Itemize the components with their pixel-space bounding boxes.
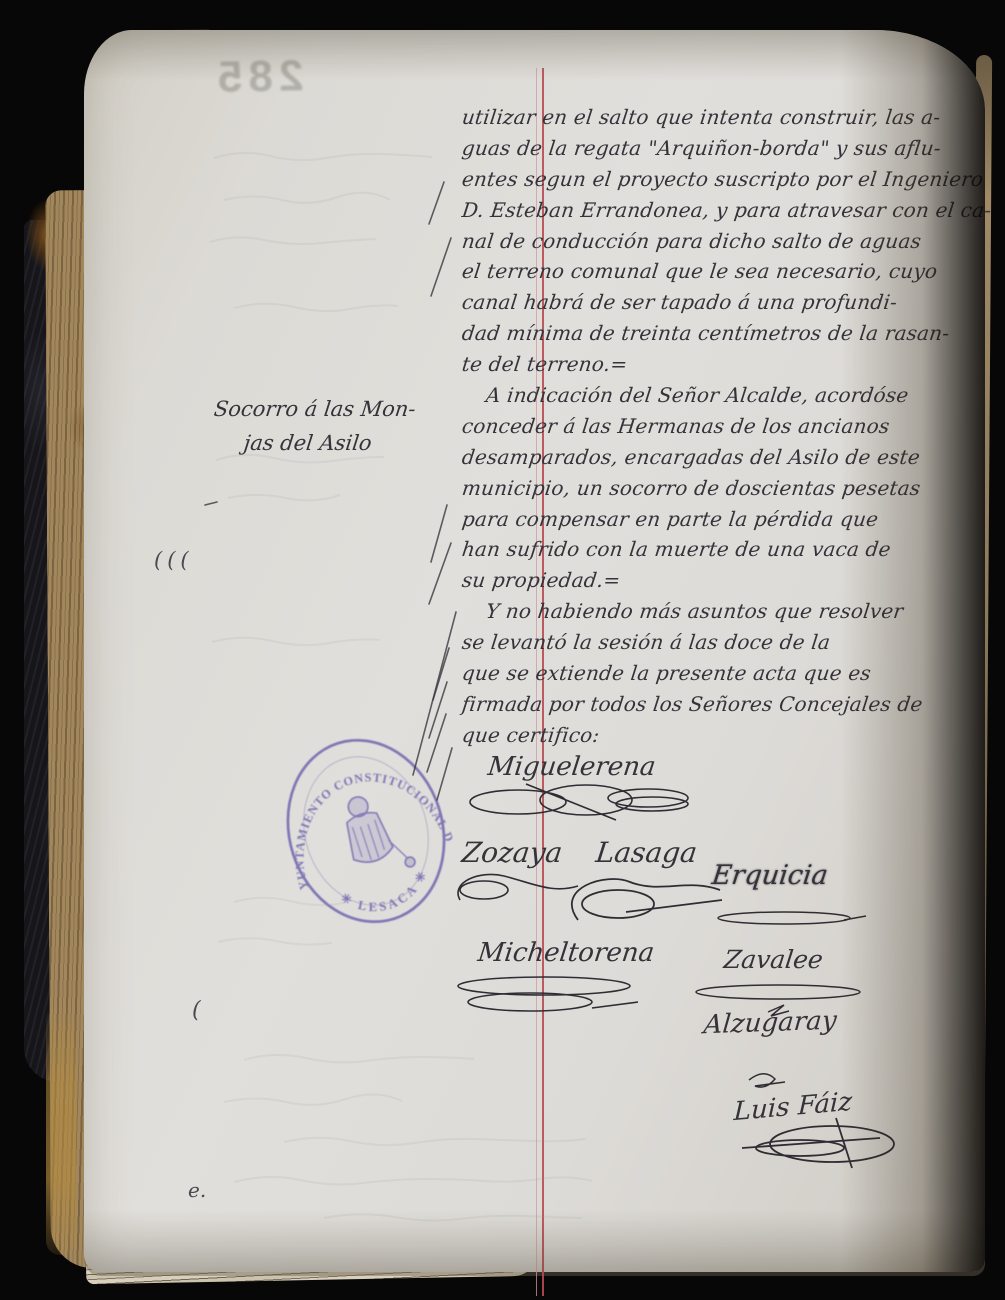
body-line: nal de conducción para dicho salto de ag… <box>460 226 978 257</box>
stray-mark-paren: ( <box>192 998 201 1023</box>
body-line: para compensar en parte la pérdida que <box>460 504 978 535</box>
book-photo: 285 <box>0 0 1005 1300</box>
margin-note-line2: jas del Asilo <box>208 426 414 460</box>
body-line: se levantó la sesión á las doce de la <box>460 627 978 658</box>
rubric-erquicia <box>714 906 869 932</box>
signature-miguelerena: Miguelerena <box>486 752 657 782</box>
bleed-page-number: 285 <box>212 51 304 103</box>
body-line: Y no habiendo más asuntos que resolver <box>460 596 978 627</box>
manuscript-page: 285 <box>84 30 985 1272</box>
body-line: D. Esteban Errandonea, y para atravesar … <box>460 195 978 226</box>
stray-mark-parens: ((( <box>154 548 194 572</box>
margin-note-line1: Socorro á las Mon- <box>213 397 417 421</box>
body-line: municipio, un socorro de doscientas pese… <box>460 473 978 504</box>
body-line: desamparados, encargadas del Asilo de es… <box>460 442 978 473</box>
body-line: firmada por todos los Señores Concejales… <box>460 689 978 720</box>
body-line: canal habrá de ser tapado á una profundi… <box>460 287 978 318</box>
fore-edge-stain <box>46 1005 76 1255</box>
body-line: que se extiende la presente acta que es <box>460 658 978 689</box>
body-line: dad mínima de treinta centímetros de la … <box>460 318 978 349</box>
signature-erquicia: Erquicia <box>710 860 830 891</box>
signature-alzugaray: Alzugaray <box>702 1006 837 1041</box>
signature-zavalee: Zavalee <box>722 945 824 974</box>
rubric-miguelerena <box>466 780 696 824</box>
rubric-micheltorena <box>452 972 647 1020</box>
signature-micheltorena: Micheltorena <box>476 938 656 968</box>
stray-mark-e: e. <box>188 1178 206 1202</box>
margin-note: Socorro á las Mon- jas del Asilo <box>208 392 418 460</box>
stamp-coat-of-arms <box>336 786 417 883</box>
body-line: A indicación del Señor Alcalde, acordóse <box>460 380 978 411</box>
acta-body-text: utilizar en el salto que intenta constru… <box>462 102 976 751</box>
body-line: el terreno comunal que le sea necesario,… <box>460 256 978 287</box>
body-line: guas de la regata "Arquiñon-borda" y sus… <box>460 133 978 164</box>
body-line: que certifico: <box>460 720 978 751</box>
body-line: utilizar en el salto que intenta constru… <box>460 102 978 133</box>
ayuntamiento-stamp: AYUNTAMIENTO CONSTITUCIONAL DE ✳ LESACA … <box>243 708 490 955</box>
rubric-alzugaray <box>744 1066 788 1092</box>
body-line: conceder á las Hermanas de los ancianos <box>460 411 978 442</box>
rubric-luis-faiz <box>740 1116 910 1176</box>
body-line: han sufrido con la muerte de una vaca de <box>460 534 978 565</box>
body-line: su propiedad.= <box>460 565 978 596</box>
body-line: entes segun el proyecto suscripto por el… <box>460 164 978 195</box>
signature-lasaga: Lasaga <box>594 836 699 869</box>
body-line: te del terreno.= <box>460 349 978 380</box>
